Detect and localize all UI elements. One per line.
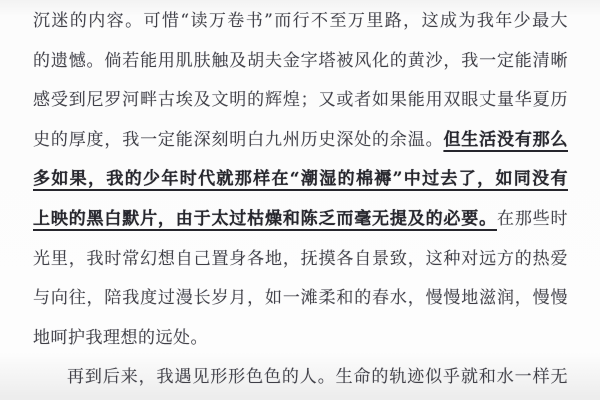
text-segment: 在那些时 <box>497 209 568 229</box>
emphasized-text-segment: 但生活没有那么 <box>443 130 568 150</box>
text-segment: 史的厚度，我一定能深刻明白九州历史深处的余温。 <box>33 130 443 150</box>
text-line-10: 再到后来，我遇见形形色色的人。生命的轨迹似乎就和水一样无 <box>33 358 568 398</box>
text-segment: 光里，我时常幻想自己置身各地，抚摸各自景致，这种对远方的热爱 <box>33 249 568 269</box>
text-segment: 地呵护我理想的远处。 <box>33 328 208 348</box>
text-line-9: 地呵护我理想的远处。 <box>33 319 568 359</box>
text-segment: 沉迷的内容。可惜“读万卷书”而行不至万里路，这成为我年少最大 <box>33 11 568 31</box>
text-line-2: 的遗憾。倘若能用肌肤触及胡夫金字塔被风化的黄沙，我一定能清晰 <box>33 42 568 82</box>
document-page: 沉迷的内容。可惜“读万卷书”而行不至万里路，这成为我年少最大 的遗憾。倘若能用肌… <box>0 0 600 400</box>
text-line-8: 与向往，陪我度过漫长岁月，如一滩柔和的春水，慢慢地滋润，慢慢 <box>33 279 568 319</box>
text-line-5: 多如果，我的少年时代就那样在“潮湿的棉褥”中过去了，如同没有 <box>33 160 568 200</box>
text-segment: 感受到尼罗河畔古埃及文明的辉煌；又或者如果能用双眼丈量华夏历 <box>33 90 568 110</box>
emphasized-text-segment: 多如果，我的少年时代就那样在“潮湿的棉褥”中过去了，如同没有 <box>33 169 568 189</box>
emphasized-text-segment: 上映的黑白默片，由于太过枯燥和陈乏而毫无提及的必要。 <box>33 209 497 229</box>
text-line-1: 沉迷的内容。可惜“读万卷书”而行不至万里路，这成为我年少最大 <box>33 2 568 42</box>
text-line-6: 上映的黑白默片，由于太过枯燥和陈乏而毫无提及的必要。在那些时 <box>33 200 568 240</box>
text-segment: 再到后来，我遇见形形色色的人。生命的轨迹似乎就和水一样无 <box>67 367 568 387</box>
text-line-7: 光里，我时常幻想自己置身各地，抚摸各自景致，这种对远方的热爱 <box>33 240 568 280</box>
text-line-4: 史的厚度，我一定能深刻明白九州历史深处的余温。但生活没有那么 <box>33 121 568 161</box>
text-line-3: 感受到尼罗河畔古埃及文明的辉煌；又或者如果能用双眼丈量华夏历 <box>33 81 568 121</box>
text-segment: 与向往，陪我度过漫长岁月，如一滩柔和的春水，慢慢地滋润，慢慢 <box>33 288 568 308</box>
text-segment: 的遗憾。倘若能用肌肤触及胡夫金字塔被风化的黄沙，我一定能清晰 <box>33 51 568 71</box>
